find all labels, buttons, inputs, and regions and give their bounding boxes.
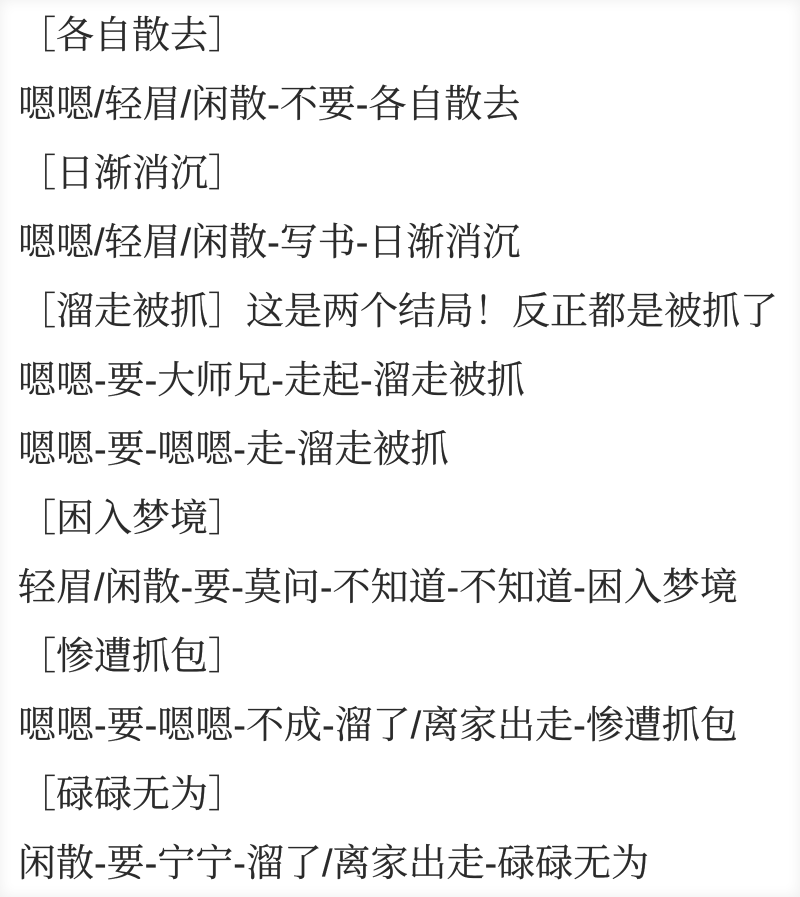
ending-header-5: ［惨遭抓包］ [18, 623, 794, 692]
choice-sequence-5: 轻眉/闲散-要-莫问-不知道-不知道-困入梦境 [18, 554, 794, 623]
ending-header-4: ［困入梦境］ [18, 485, 794, 554]
ending-header-3: ［溜走被抓］这是两个结局！反正都是被抓了 [18, 278, 794, 347]
choice-sequence-1: 嗯嗯/轻眉/闲散-不要-各自散去 [18, 71, 794, 140]
choice-sequence-3: 嗯嗯-要-大师兄-走起-溜走被抓 [18, 347, 794, 416]
choice-sequence-7: 闲散-要-宁宁-溜了/离家出走-碌碌无为 [18, 830, 794, 897]
choice-sequence-6: 嗯嗯-要-嗯嗯-不成-溜了/离家出走-惨遭抓包 [18, 692, 794, 761]
ending-header-6: ［碌碌无为］ [18, 761, 794, 830]
guide-page: ［各自散去］ 嗯嗯/轻眉/闲散-不要-各自散去 ［日渐消沉］ 嗯嗯/轻眉/闲散-… [0, 0, 800, 897]
choice-sequence-2: 嗯嗯/轻眉/闲散-写书-日渐消沉 [18, 209, 794, 278]
ending-header-1: ［各自散去］ [18, 2, 794, 71]
ending-header-2: ［日渐消沉］ [18, 140, 794, 209]
guide-text-block: ［各自散去］ 嗯嗯/轻眉/闲散-不要-各自散去 ［日渐消沉］ 嗯嗯/轻眉/闲散-… [0, 0, 800, 897]
choice-sequence-4: 嗯嗯-要-嗯嗯-走-溜走被抓 [18, 416, 794, 485]
